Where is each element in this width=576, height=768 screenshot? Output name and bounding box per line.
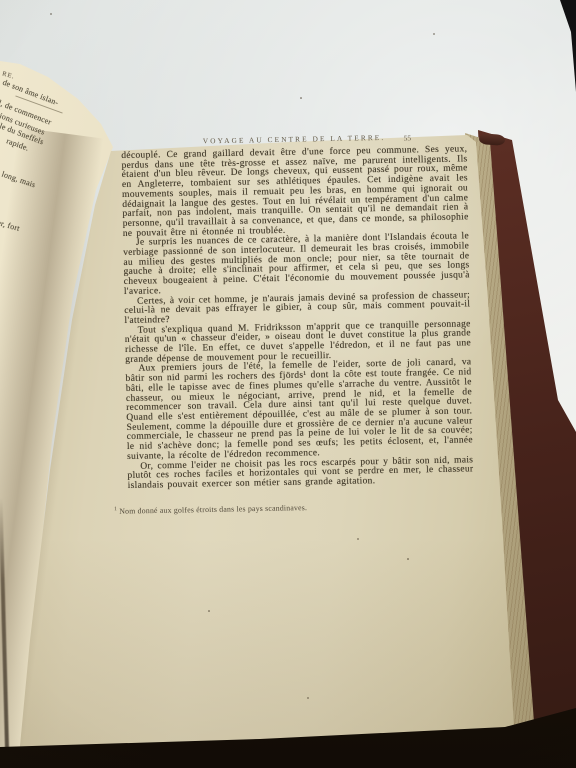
- paragraph: Je surpris les nuances de ce caractère, …: [123, 233, 470, 298]
- speck: [357, 538, 359, 540]
- page-number: 55: [403, 133, 411, 142]
- speck: [208, 610, 210, 612]
- footnote-marker: 1: [114, 506, 117, 512]
- speck: [50, 13, 52, 15]
- speck: [433, 33, 435, 35]
- speck: [300, 97, 302, 99]
- speck: [407, 558, 409, 560]
- page-text-block: VOYAGE AU CENTRE DE LA TERRE. 55 découpl…: [121, 131, 474, 515]
- paragraph: Aux premiers jours de l'été, la femelle …: [125, 359, 473, 463]
- paragraph: Or, comme l'eider ne choisit pas les roc…: [127, 456, 473, 492]
- book-photo: RE. de son âme islan- l, de commencer ti…: [0, 0, 576, 768]
- speck: [307, 697, 309, 699]
- paragraph: découplé. Ce grand gaillard devait être …: [121, 145, 469, 239]
